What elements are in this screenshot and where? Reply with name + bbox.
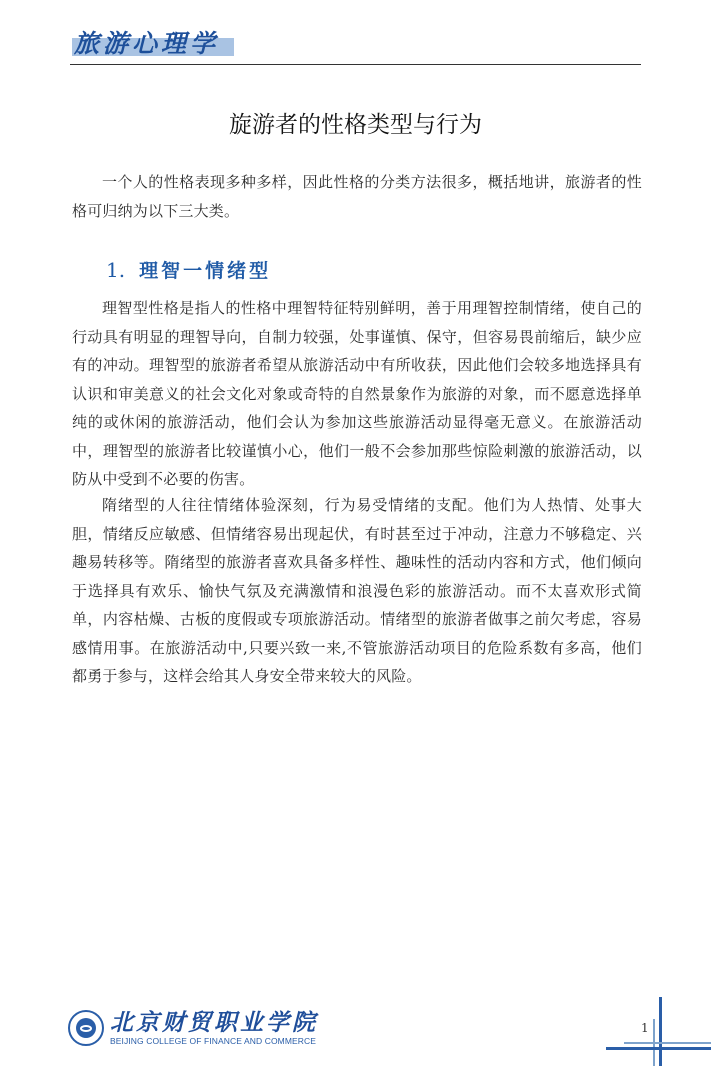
college-name-cn: 北京财贸职业学院 (110, 1010, 318, 1036)
section-heading-text: 理智一情绪型 (139, 260, 271, 282)
crop-mark-vertical-dark (659, 997, 662, 1066)
college-name-en: BEIJING COLLEGE OF FINANCE AND COMMERCE (110, 1036, 318, 1046)
intro-paragraph: 一个人的性格表现多种多样，因此性格的分类方法很多，概括地讲，旅游者的性格可归纳为… (72, 168, 642, 225)
crop-mark-horizontal-dark (606, 1047, 711, 1050)
college-logo: 北京财贸职业学院 BEIJING COLLEGE OF FINANCE AND … (68, 1010, 318, 1046)
crop-mark-horizontal-light (624, 1042, 711, 1044)
intro-block: 一个人的性格表现多种多样，因此性格的分类方法很多，概括地讲，旅游者的性格可归纳为… (72, 168, 642, 225)
page-number: 1 (641, 1021, 649, 1035)
section-body: 理智型性格是指人的性格中理智特征特别鲜明，善于用理智控制情绪，使自己的行动具有明… (72, 294, 642, 494)
section-number: 1. (106, 258, 125, 282)
document-title: 旋游者的性格类型与行为 (0, 106, 711, 139)
section-body-2: 隋绪型的人往往情绪体验深刻，行为易受情绪的支配。他们为人热情、处事大胆，情绪反应… (72, 491, 642, 691)
book-title: 旅游心理学 (74, 24, 219, 60)
paragraph-rational: 理智型性格是指人的性格中理智特征特别鲜明，善于用理智控制情绪，使自己的行动具有明… (72, 294, 642, 494)
section-heading: 1.理智一情绪型 (106, 256, 271, 283)
paragraph-emotional: 隋绪型的人往往情绪体验深刻，行为易受情绪的支配。他们为人热情、处事大胆，情绪反应… (72, 491, 642, 691)
college-emblem-icon (68, 1010, 104, 1046)
header-divider (70, 64, 641, 65)
